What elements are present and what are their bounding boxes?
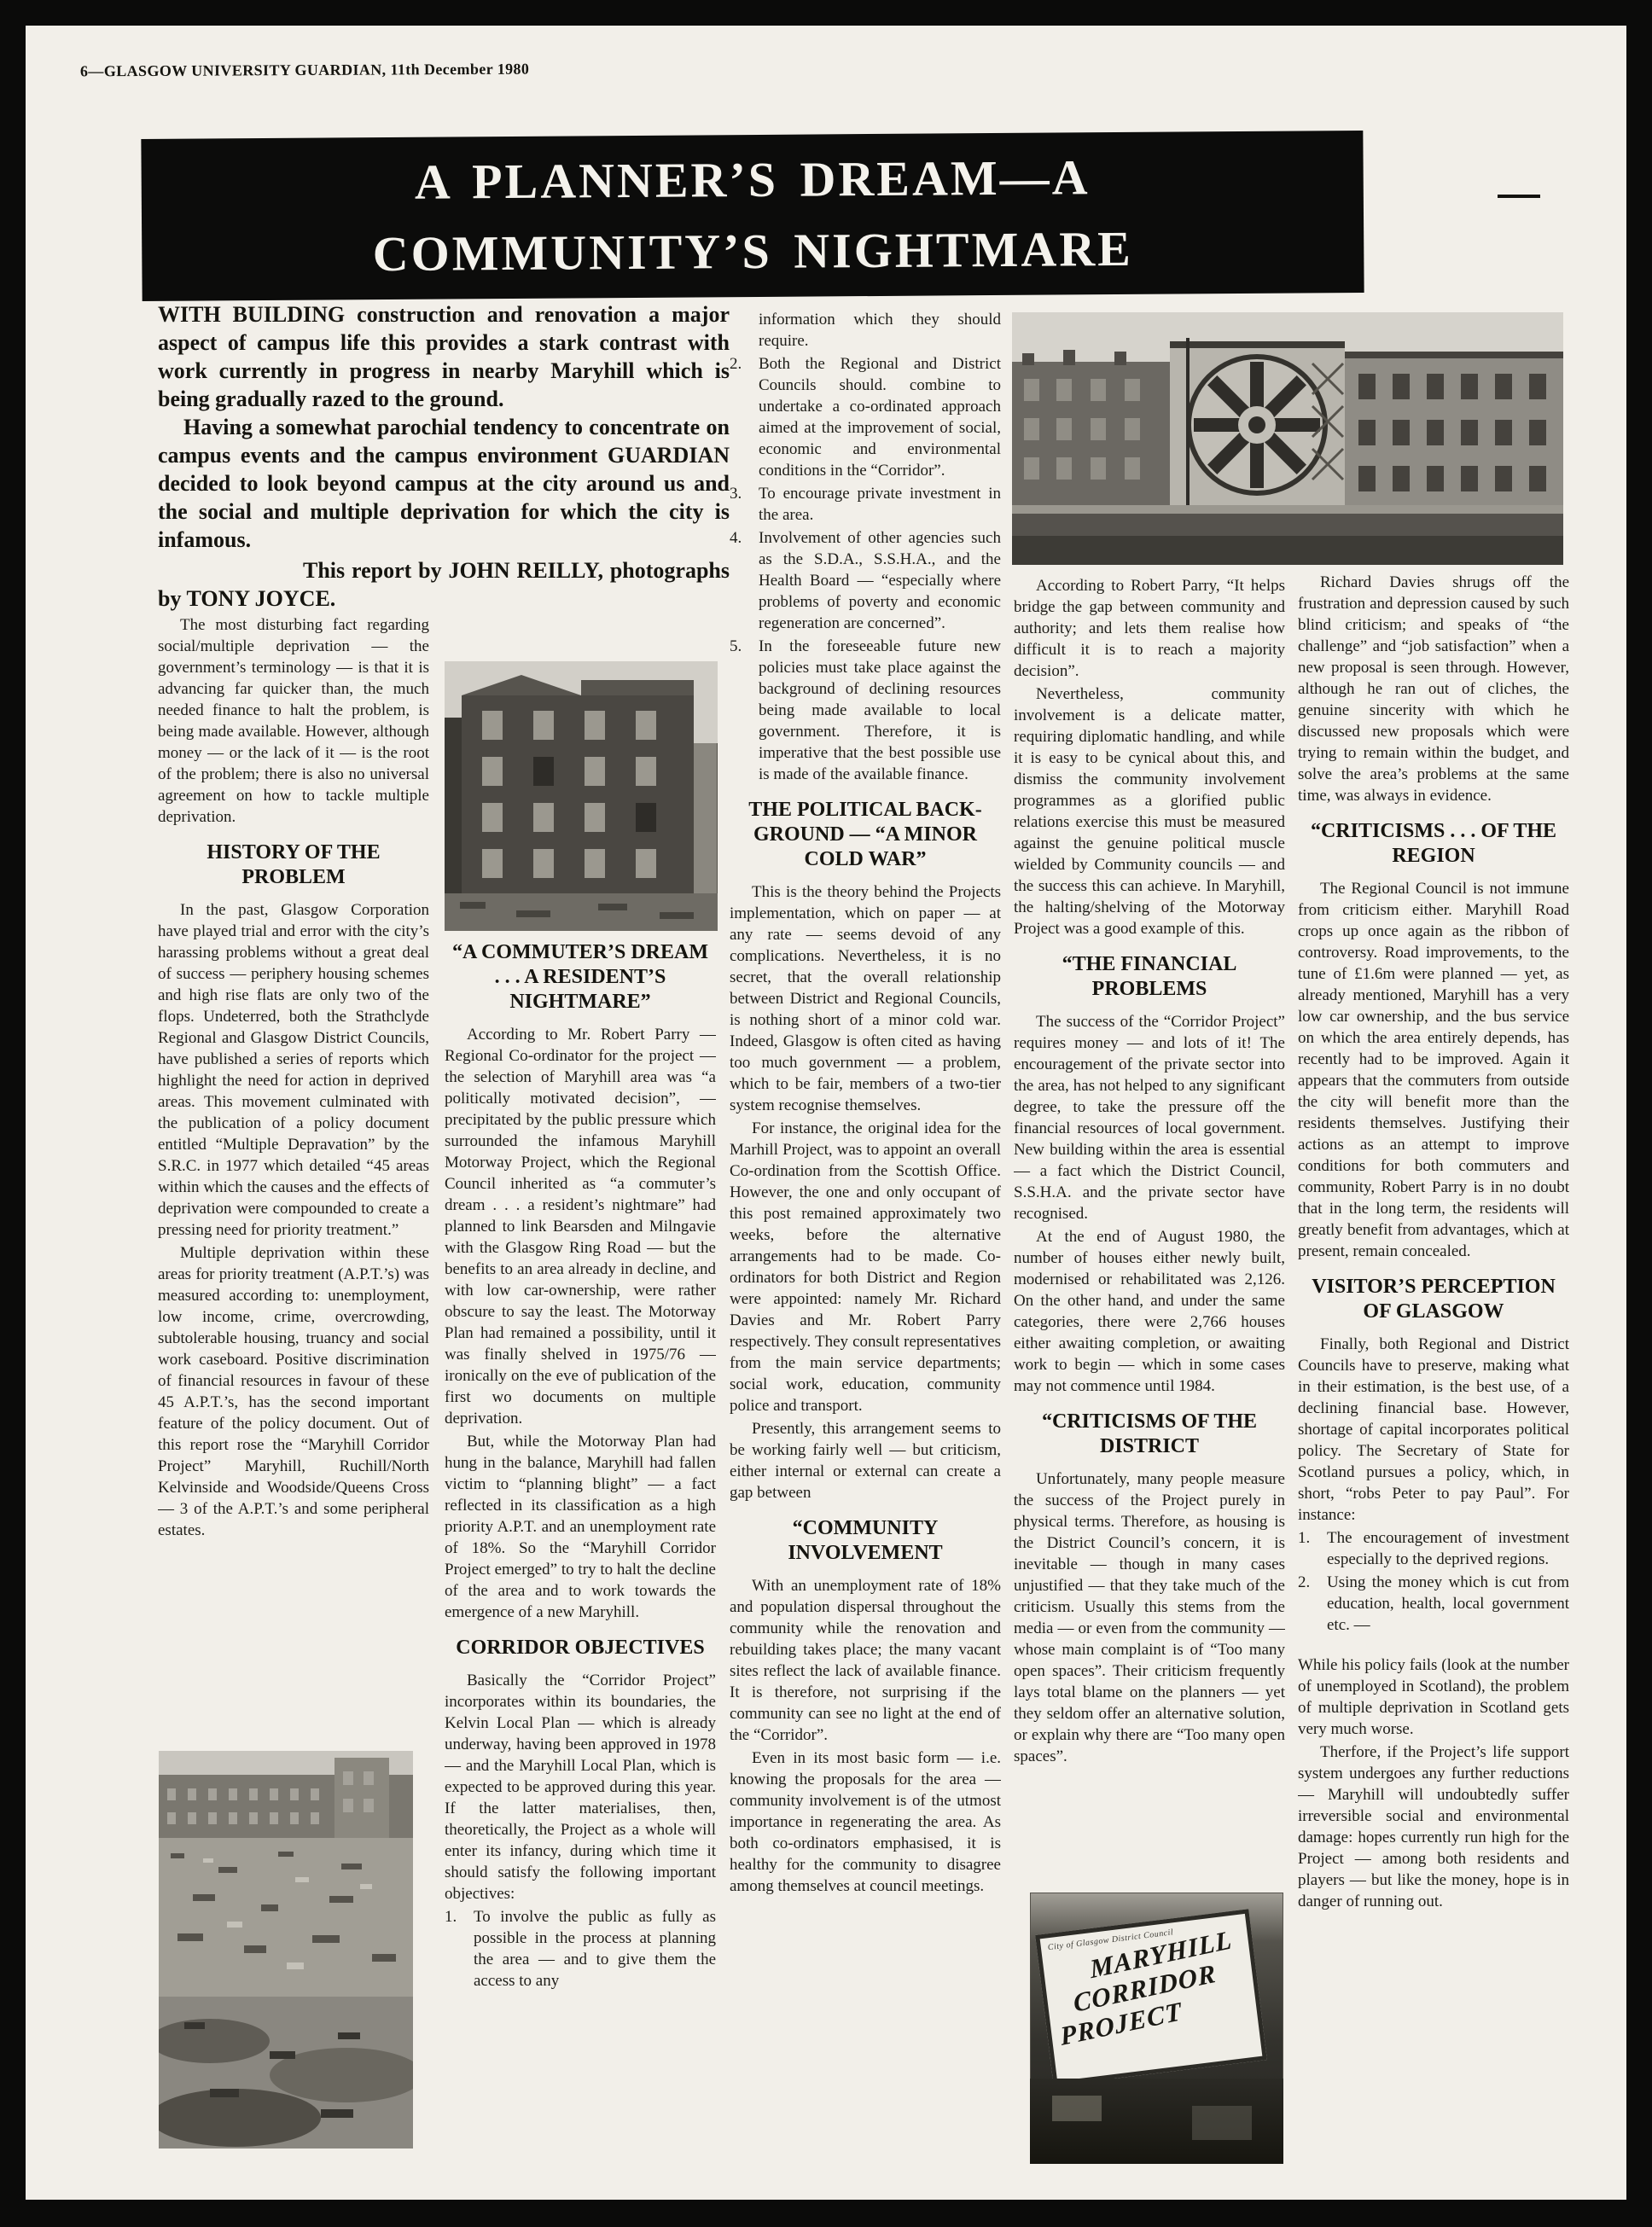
section-heading-financial-problems: “THE FINANCIAL PROBLEMS (1017, 952, 1282, 1002)
section-heading-history: HISTORY OF THE PROBLEM (161, 840, 426, 890)
print-artifact-dash (1498, 195, 1540, 198)
vehicle-glint (1052, 2096, 1102, 2121)
list-item-text: Using the money which is cut from educat… (1327, 1572, 1569, 1636)
paragraph: Therfore, if the Project’s life support … (1298, 1741, 1569, 1912)
paragraph: According to Mr. Robert Parry — Regional… (445, 1024, 716, 1429)
list-item-text: Both the Regional and District Councils … (759, 353, 1001, 481)
column-1: The most disturbing fact regarding socia… (158, 614, 429, 1741)
wasteground-photo (159, 1751, 413, 2149)
list-item: 1. To involve the public as fully as pos… (445, 1906, 716, 1992)
paragraph: Basically the “Corridor Project” incorpo… (445, 1670, 716, 1904)
column-4: According to Robert Parry, “It helps bri… (1014, 575, 1285, 1889)
paragraph: According to Robert Parry, “It helps bri… (1014, 575, 1285, 682)
tenement-photo (445, 661, 718, 931)
section-heading-community-involvement: “COMMUNITY INVOLVEMENT (733, 1516, 998, 1566)
photo-caption-heading: “A COMMUTER’S DREAM . . . A RESIDENT’S N… (448, 940, 713, 1015)
list-item: information which they should require. (730, 309, 1001, 352)
list-item: 3. To encourage private investment in th… (730, 483, 1001, 526)
list-item-number: 5. (730, 636, 759, 785)
section-heading-visitors-perception: VISITOR’S PERCEPTION OF GLASGOW (1301, 1275, 1566, 1324)
intro-paragraph: WITH BUILDING construction and renovatio… (158, 300, 730, 413)
list-item-number: 1. (1298, 1527, 1327, 1570)
paragraph: Even in its most basic form — i.e. knowi… (730, 1747, 1001, 1897)
paragraph: In the past, Glasgow Corporation have pl… (158, 899, 429, 1241)
list-item-number: 3. (730, 483, 759, 526)
paragraph: The Regional Council is not immune from … (1298, 878, 1569, 1262)
paragraph: For instance, the original idea for the … (730, 1118, 1001, 1416)
paragraph: Finally, both Regional and District Coun… (1298, 1334, 1569, 1526)
section-heading-criticisms-region: “CRITICISMS . . . OF THE REGION (1301, 819, 1566, 869)
byline: This report by JOHN REILLY, photographs … (158, 556, 730, 613)
paragraph: With an unemployment rate of 18% and pop… (730, 1575, 1001, 1746)
headline-line-2: COMMUNITY’S NIGHTMARE (372, 213, 1133, 290)
paragraph: Presently, this arrangement seems to be … (730, 1418, 1001, 1503)
masthead: 6—GLASGOW UNIVERSITY GUARDIAN, 11th Dece… (80, 61, 529, 81)
paragraph: Nevertheless, community involvement is a… (1014, 683, 1285, 939)
section-heading-political-background: THE POLITICAL BACK-GROUND — “A MINOR COL… (733, 798, 998, 872)
paragraph: The success of the “Corridor Project” re… (1014, 1011, 1285, 1224)
maryhill-corridor-sign: City of Glasgow District Council MARYHIL… (1035, 1909, 1267, 2085)
paragraph: While his policy fails (look at the numb… (1298, 1654, 1569, 1740)
section-heading-corridor-objectives: CORRIDOR OBJECTIVES (448, 1636, 713, 1660)
list-item-number: 4. (730, 527, 759, 634)
list-item-text: To involve the public as fully as possib… (474, 1906, 716, 1992)
list-item-number: 1. (445, 1906, 474, 1992)
street-mural-illustration (1012, 312, 1563, 565)
headline-line-1: A PLANNER’S DREAM—A (415, 142, 1091, 218)
list-item-text: information which they should require. (759, 309, 1001, 352)
wasteground-illustration (159, 1751, 413, 2149)
list-item-text: Involvement of other agencies such as th… (759, 527, 1001, 634)
section-heading-criticisms-district: “CRITICISMS OF THE DISTRICT (1017, 1410, 1282, 1459)
list-item-number: 2. (730, 353, 759, 481)
paragraph: At the end of August 1980, the number of… (1014, 1226, 1285, 1397)
intro-paragraph: Having a somewhat parochial tendency to … (158, 413, 730, 554)
list-item-text: The encouragement of investment especial… (1327, 1527, 1569, 1570)
headline-banner: A PLANNER’S DREAM—A COMMUNITY’S NIGHTMAR… (141, 131, 1364, 301)
paragraph: The most disturbing fact regarding socia… (158, 614, 429, 828)
list-item-number (730, 309, 759, 352)
paragraph: Unfortunately, many people measure the s… (1014, 1468, 1285, 1767)
list-item: 1. The encouragement of investment espec… (1298, 1527, 1569, 1570)
list-item: 2. Using the money which is cut from edu… (1298, 1572, 1569, 1636)
paragraph: Richard Davies shrugs off the frustratio… (1298, 572, 1569, 806)
column-2: “A COMMUTER’S DREAM . . . A RESIDENT’S N… (445, 939, 716, 2149)
paragraph: But, while the Motorway Plan had hung in… (445, 1431, 716, 1623)
tenement-illustration (445, 661, 718, 931)
list-item-text: In the foreseeable future new policies m… (759, 636, 1001, 785)
list-item: 4. Involvement of other agencies such as… (730, 527, 1001, 634)
paragraph: Multiple deprivation within these areas … (158, 1242, 429, 1541)
list-item-number: 2. (1298, 1572, 1327, 1636)
list-item: 5. In the foreseeable future new policie… (730, 636, 1001, 785)
list-item-text: To encourage private investment in the a… (759, 483, 1001, 526)
vehicle-glint (1192, 2106, 1252, 2140)
paragraph: This is the theory behind the Projects i… (730, 881, 1001, 1116)
column-3: information which they should require. 2… (730, 309, 1001, 2149)
list-item: 2. Both the Regional and District Counci… (730, 353, 1001, 481)
intro-block: WITH BUILDING construction and renovatio… (158, 300, 730, 613)
street-mural-photo (1012, 312, 1563, 565)
newspaper-page: 6—GLASGOW UNIVERSITY GUARDIAN, 11th Dece… (26, 26, 1626, 2200)
column-5: Richard Davies shrugs off the frustratio… (1298, 572, 1569, 2176)
maryhill-corridor-sign-photo: City of Glasgow District Council MARYHIL… (1030, 1893, 1283, 2164)
